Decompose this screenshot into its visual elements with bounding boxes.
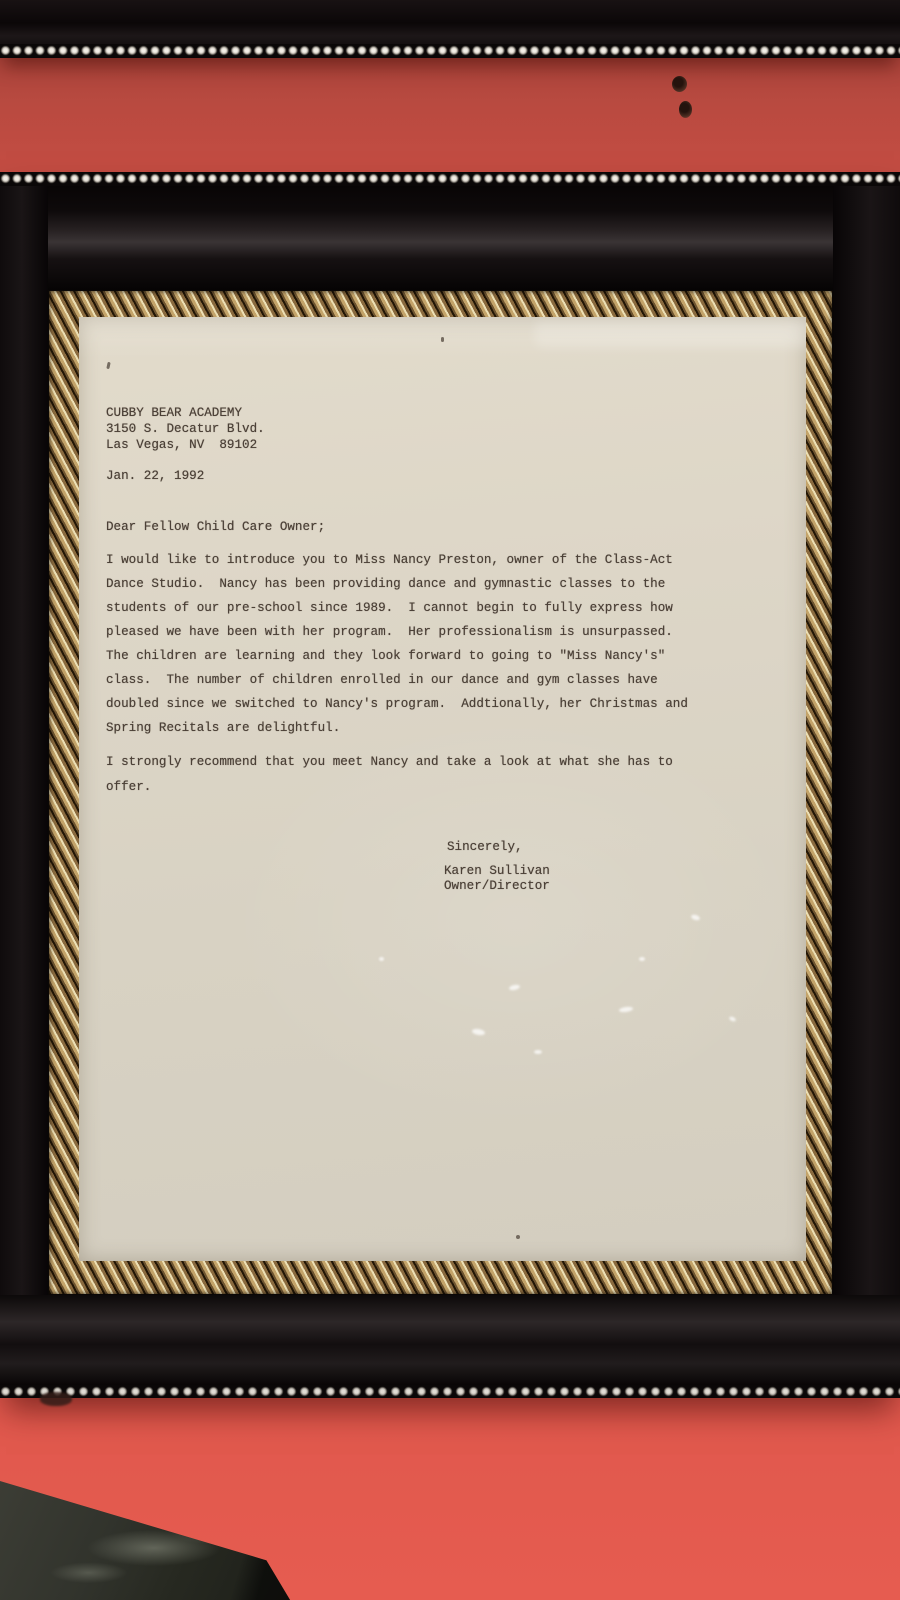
rope-trim: CUBBY BEAR ACADEMY 3150 S. Decatur Blvd.…	[48, 290, 833, 1295]
glass-glare-speck	[472, 1028, 486, 1036]
glass-glare-speck	[509, 984, 521, 991]
glass-glare-speck	[690, 914, 700, 922]
frame-molding-left	[0, 186, 48, 1385]
frame-molding-right	[833, 186, 900, 1385]
letter-body-paragraph-1: I would like to introduce you to Miss Na…	[106, 548, 688, 740]
glass-glare-speck	[619, 1006, 634, 1013]
bead-trim-frame-bottom	[0, 1385, 900, 1398]
nail-hole	[672, 76, 687, 92]
bead-trim-upper	[0, 44, 900, 58]
paper-fleck	[516, 1235, 520, 1239]
letter-date: Jan. 22, 1992	[106, 468, 204, 484]
nail-hole	[679, 101, 692, 118]
paper-fleck	[441, 337, 444, 342]
sender-address: CUBBY BEAR ACADEMY 3150 S. Decatur Blvd.…	[106, 405, 265, 453]
signature-block: Karen Sullivan Owner/Director	[444, 864, 550, 894]
bead-trim-frame-top	[0, 172, 900, 186]
closing: Sincerely,	[447, 839, 523, 855]
glass-glare-speck	[639, 957, 645, 961]
picture-frame: CUBBY BEAR ACADEMY 3150 S. Decatur Blvd.…	[0, 172, 900, 1398]
wall-anchor-shadow	[40, 1392, 72, 1406]
glass-glare-speck	[379, 957, 384, 961]
salutation: Dear Fellow Child Care Owner;	[106, 519, 325, 535]
paper-fleck	[106, 362, 110, 369]
glass-glare-speck	[728, 1016, 736, 1023]
photographed-wall-scene: CUBBY BEAR ACADEMY 3150 S. Decatur Blvd.…	[0, 0, 900, 1600]
glass-glare	[534, 321, 806, 347]
frame-molding-bottom	[0, 1295, 900, 1385]
frame-molding-top	[0, 186, 900, 290]
upper-frame-molding	[0, 0, 900, 58]
glass-glare-speck	[534, 1050, 542, 1054]
letter-document: CUBBY BEAR ACADEMY 3150 S. Decatur Blvd.…	[79, 317, 806, 1261]
letter-body-paragraph-2: I strongly recommend that you meet Nancy…	[106, 750, 673, 800]
